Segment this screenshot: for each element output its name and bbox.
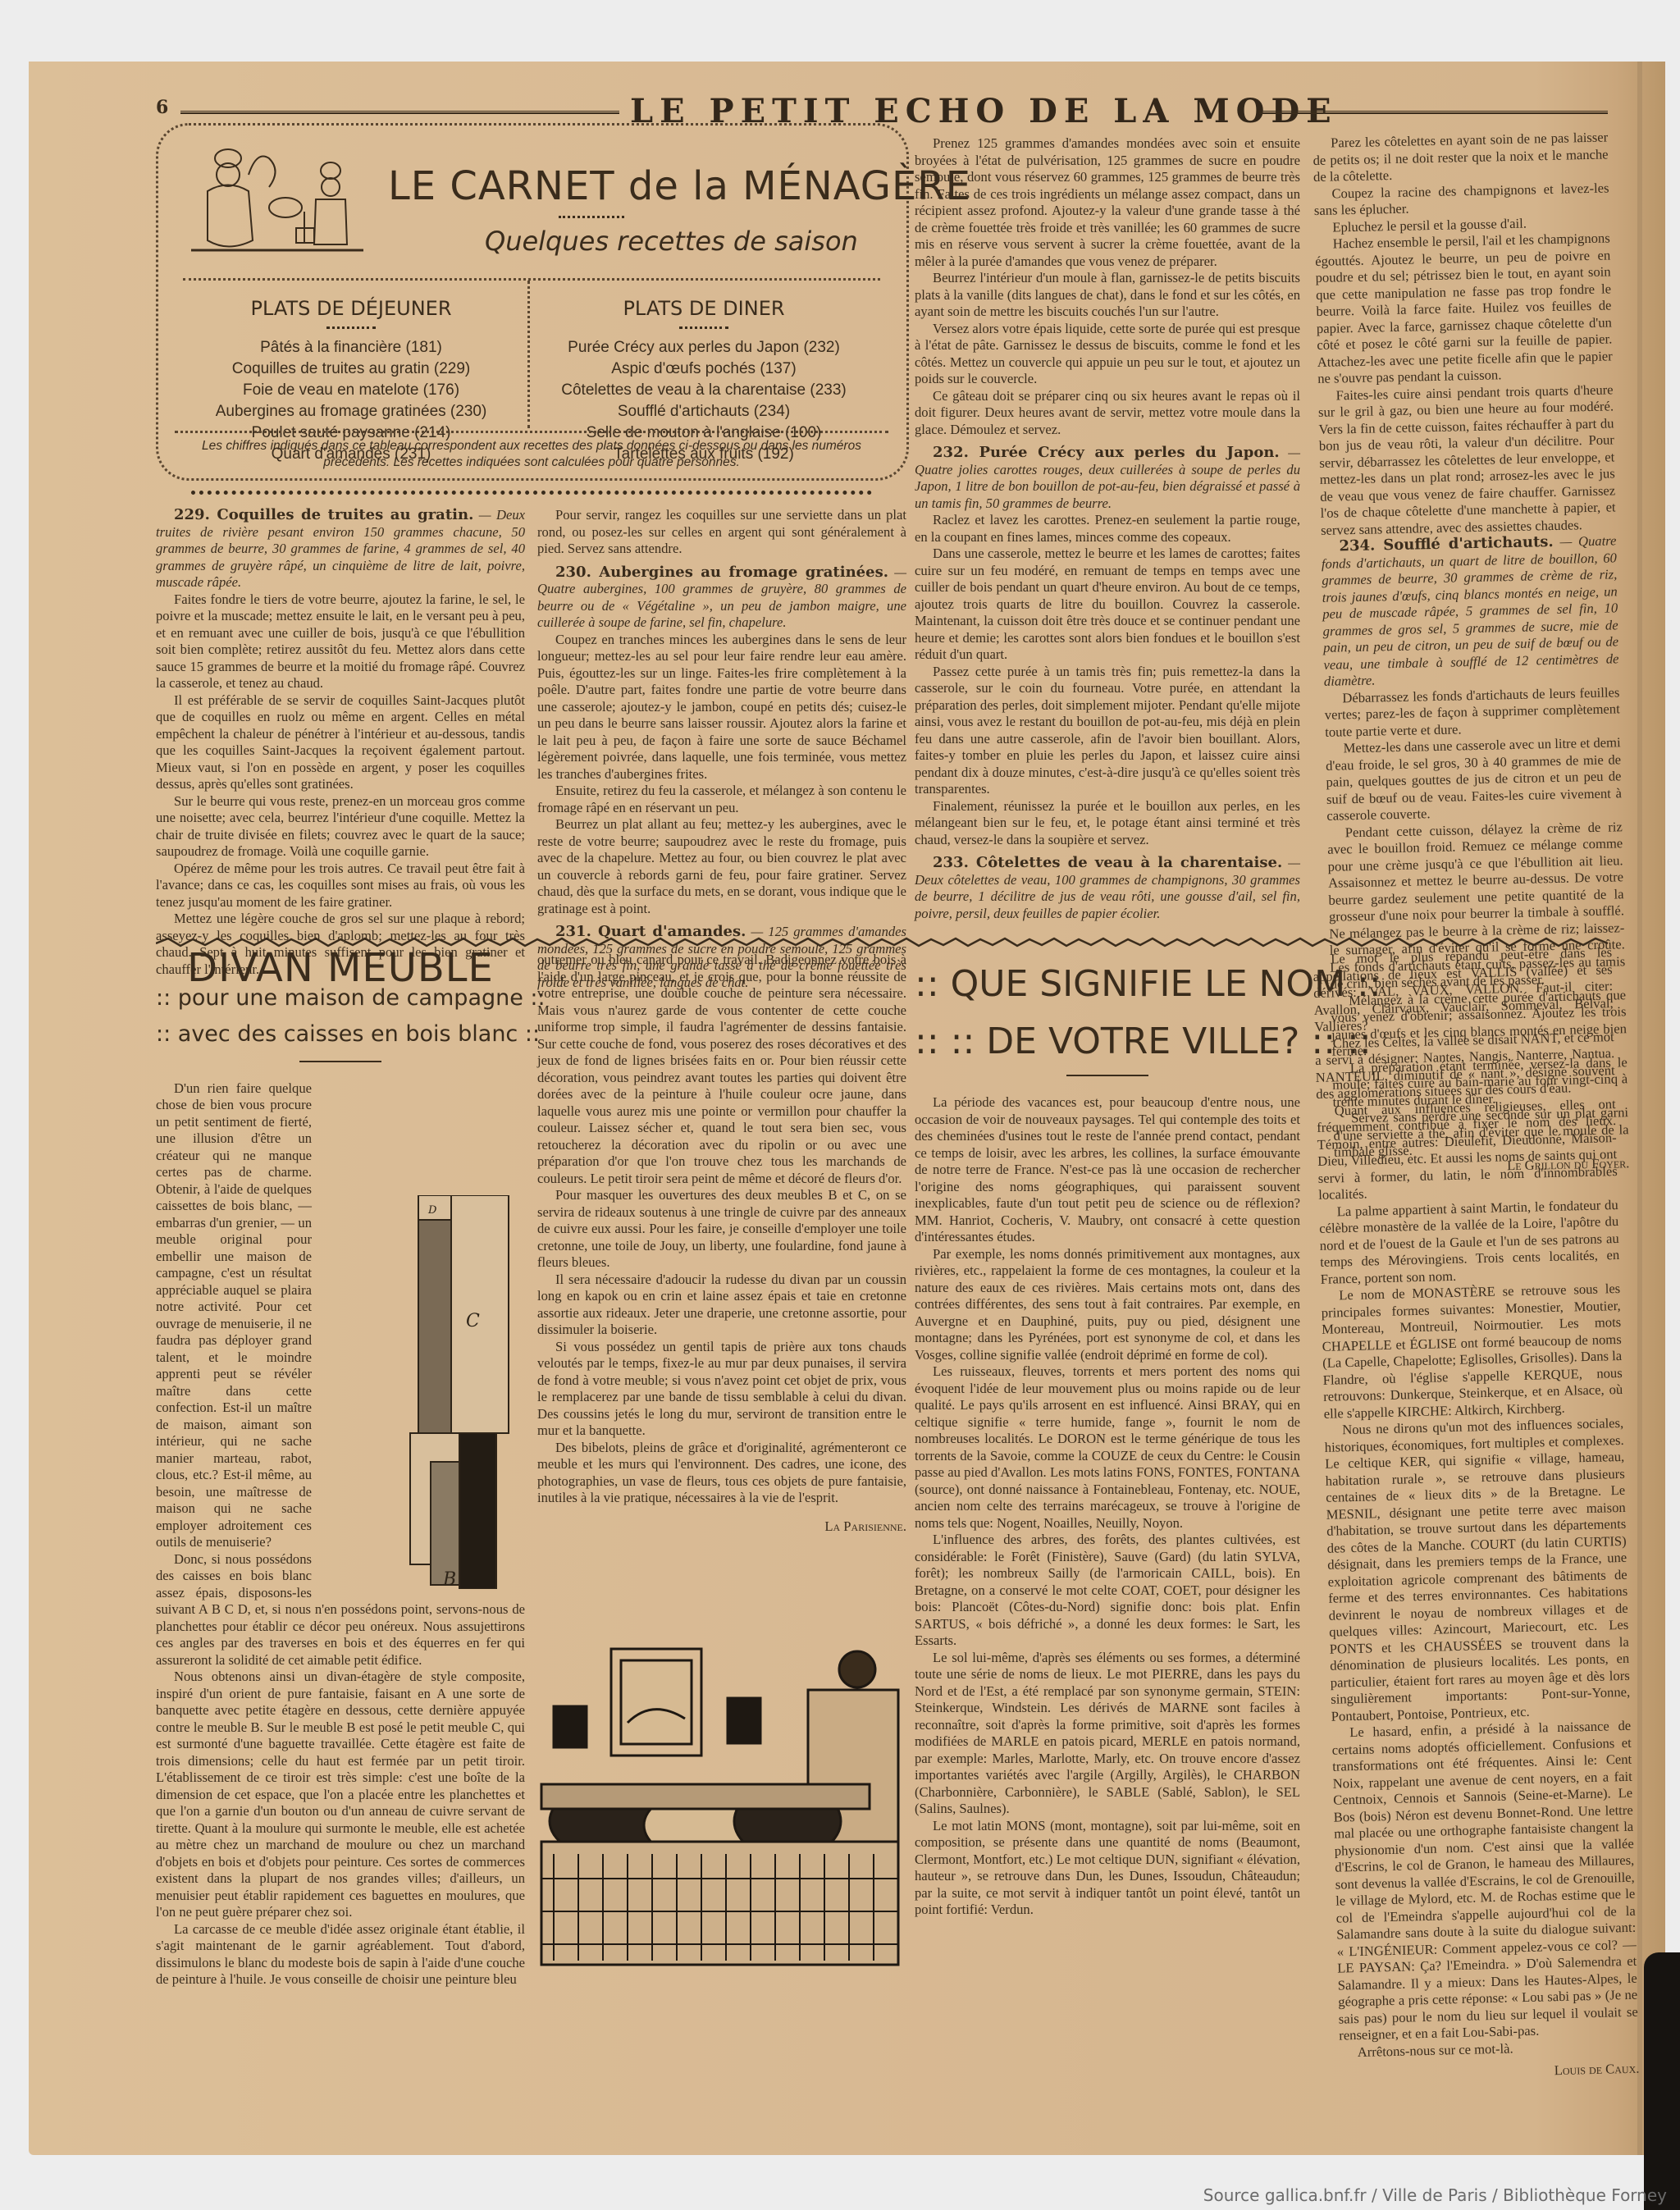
dinner-item: Côtelettes de veau à la charentaise (233… [536,380,872,401]
dinner-item: Aspic d'œufs pochés (137) [536,358,872,380]
article-paragraph: Nous ne dirons qu'un mot des influences … [1324,1415,1631,1725]
lunch-separator [326,326,376,329]
recipe-paragraph: Mettez-les dans une casserole avec un li… [1325,734,1622,824]
recipe-paragraph: Finalement, réunissez la purée et le bou… [915,798,1300,849]
recipe-paragraph: Coupez en tranches minces les aubergines… [537,632,906,783]
article-paragraph: Chez les Celtes, la vallée se disait NAN… [1315,1029,1616,1103]
article-paragraph: La période des vacances est, pour beauco… [915,1094,1300,1246]
menu-divider [527,281,530,428]
dinner-heading: PLATS DE DINER [536,297,872,320]
recipe-title: 232. Purée Crécy aux perles du Japon. [933,444,1280,461]
divan-subtitle-2: :: avec des caisses en bois blanc :: [156,1016,525,1052]
recipe-paragraph: Beurrez l'intérieur d'un moule à flan, g… [915,270,1300,321]
recipe-title: 233. Côtelettes de veau à la charentaise… [933,854,1282,871]
carnet-menagere-box: LE CARNET de la MÉNAGÈRE Quelques recett… [156,123,909,481]
recipe-title: 230. Aubergines au fromage gratinées. [555,564,888,581]
divan-subtitle-1: :: pour une maison de campagne :: [156,980,525,1016]
lunch-item: Aubergines au fromage gratinées (230) [183,401,519,422]
recipe-paragraph: Ce gâteau doit se préparer cinq ou six h… [915,388,1300,439]
lunch-item: Pâtés à la financière (181) [183,337,519,358]
article-paragraph: Nous obtenons ainsi un divan-étagère de … [156,1669,525,1921]
recipe-232: 232. Purée Crécy aux perles du Japon. — … [915,445,1300,512]
article-paragraph: Des bibelots, pleins de grâce et d'origi… [537,1440,906,1507]
lunch-item: Foie de veau en matelote (176) [183,380,519,401]
recipe-paragraph: Hachez ensemble le persil, l'ail et les … [1315,230,1614,387]
recipe-paragraph: Opérez de même pour les trois autres. Ce… [156,861,525,911]
menus-panel: PLATS DE DÉJEUNER Pâtés à la financière … [183,278,880,428]
divan-diagram-icon: D C B [320,1195,550,1589]
carnet-note: Les chiffres indiqués dans ce tableau co… [175,431,888,471]
recipe-233: 233. Côtelettes de veau à la charentaise… [915,855,1300,922]
masthead-rule-right [1259,111,1608,114]
article-paragraph: Si vous possédez un gentil tapis de priè… [537,1339,906,1440]
article-paragraph: Quant aux influences religieuses, elles … [1317,1096,1618,1204]
binding-gutter [1644,1952,1680,2210]
recipe-paragraph: Prenez 125 grammes d'amandes mondées ave… [915,135,1300,270]
article-paragraph: Le sol lui-même, d'après ses éléments ou… [915,1650,1300,1818]
recipe-234: 234. Soufflé d'artichauts. — Quatre fond… [1321,532,1619,690]
bead-border [191,491,872,495]
recipe-paragraph: Raclez et lavez les carottes. Prenez-en … [915,512,1300,546]
page-number: 6 [156,97,168,118]
lunch-item: Coquilles de truites au gratin (229) [183,358,519,380]
carnet-subtitle: Quelques recettes de saison [485,226,858,257]
article-paragraph: Le nom de MONASTÈRE se retrouve sous les… [1321,1281,1623,1422]
article-paragraph: L'influence des arbres, des forêts, des … [915,1532,1300,1650]
recipe-paragraph: Versez alors votre épais liquide, cette … [915,321,1300,388]
label-d: D [427,1204,437,1217]
article-paragraph: Les ruisseaux, fleuves, torrents et mers… [915,1363,1300,1532]
label-c: C [466,1311,480,1331]
recipe-paragraph: Sur le beurre qui vous reste, prenez-en … [156,793,525,861]
article-paragraph: Par exemple, les noms donnés primitiveme… [915,1246,1300,1364]
article-paragraph: Le mot le plus répandu peut-être dans le… [1312,944,1614,1035]
article-paragraph: outremer ou bleu canard pour ce travail.… [537,952,906,1187]
recipe-column-2: Pour servir, rangez les coquilles sur un… [537,507,906,991]
article-paragraph: La palme appartient à saint Martin, le f… [1319,1196,1620,1287]
divan-column-1: DIVAN MEUBLE :: pour une maison de campa… [156,952,525,1989]
article-paragraph: Pour masquer les ouvertures des deux meu… [537,1187,906,1272]
recipe-230: 230. Aubergines au fromage gratinées. — … [537,564,906,632]
ville-column-2: Le mot le plus répandu peut-être dans le… [1312,944,1640,2084]
recipe-paragraph: Dans une casserole, mettez le beurre et … [915,546,1300,664]
ville-column-1: :: QUE SIGNIFIE LE NOM :: :: :: DE VOTRE… [915,952,1300,1919]
article-paragraph: Le mot latin MONS (mont, montagne), soit… [915,1818,1300,1919]
divan-title: DIVAN MEUBLE [156,960,525,977]
recipe-paragraph: Faites fondre le tiers de votre beurre, … [156,591,525,692]
recipe-paragraph: Faites-les cuire ainsi pendant trois qua… [1317,381,1616,539]
page-gutter-edge [1637,62,1642,2155]
article-paragraph: Il sera nécessaire d'adoucir la rudesse … [537,1272,906,1339]
ville-title-rule [1066,1075,1148,1076]
divan-column-2: outremer ou bleu canard pour ce travail.… [537,952,906,1535]
recipe-paragraph: Passez cette purée à un tamis très fin; … [915,664,1300,798]
article-paragraph: Le hasard, enfin, a présidé à la naissan… [1331,1718,1638,2044]
dinner-item: Purée Crécy aux perles du Japon (232) [536,337,872,358]
recipe-column-3: Prenez 125 grammes d'amandes mondées ave… [915,135,1300,922]
label-b: B [442,1569,456,1589]
title-separator [559,216,624,218]
recipe-column-1: 229. Coquilles de truites au gratin. — D… [156,507,525,978]
ville-title-line-1: :: QUE SIGNIFIE LE NOM :: [915,960,1300,1009]
article-paragraph: La carcasse de ce meuble d'idée assez or… [156,1921,525,1989]
recipe-paragraph: Débarrassez les fonds d'artichauts de le… [1324,684,1620,741]
source-credit: Source gallica.bnf.fr / Ville de Paris /… [1203,2185,1667,2205]
recipe-paragraph: Beurrez un plat allant au feu; mettez-y … [537,816,906,917]
dinner-separator [679,326,728,329]
dinner-item: Soufflé d'artichauts (234) [536,401,872,422]
ville-title-line-2: :: :: DE VOTRE VILLE? :: :: [915,1017,1300,1066]
carnet-title: LE CARNET de la MÉNAGÈRE [388,163,971,209]
divan-signature: La Parisienne. [537,1518,906,1536]
divan-title-rule [299,1061,381,1062]
recipe-paragraph: Ensuite, retirez du feu la casserole, et… [537,783,906,816]
recipe-229: 229. Coquilles de truites au gratin. — D… [156,507,525,591]
recipe-paragraph: Pour servir, rangez les coquilles sur un… [537,507,906,558]
salon-illustration-icon [537,1632,906,1969]
recipe-title: 229. Coquilles de truites au gratin. [174,506,473,523]
recipe-paragraph: Parez les côtelettes en ayant soin de ne… [1312,129,1609,185]
recipe-paragraph: Il est préférable de se servir de coquil… [156,692,525,793]
masthead-rule-left [180,111,619,114]
cooks-illustration-icon [191,142,363,257]
lunch-heading: PLATS DE DÉJEUNER [183,297,519,320]
recipe-ingredients: — Quatre fonds d'artichauts, un quart de… [1322,532,1619,688]
